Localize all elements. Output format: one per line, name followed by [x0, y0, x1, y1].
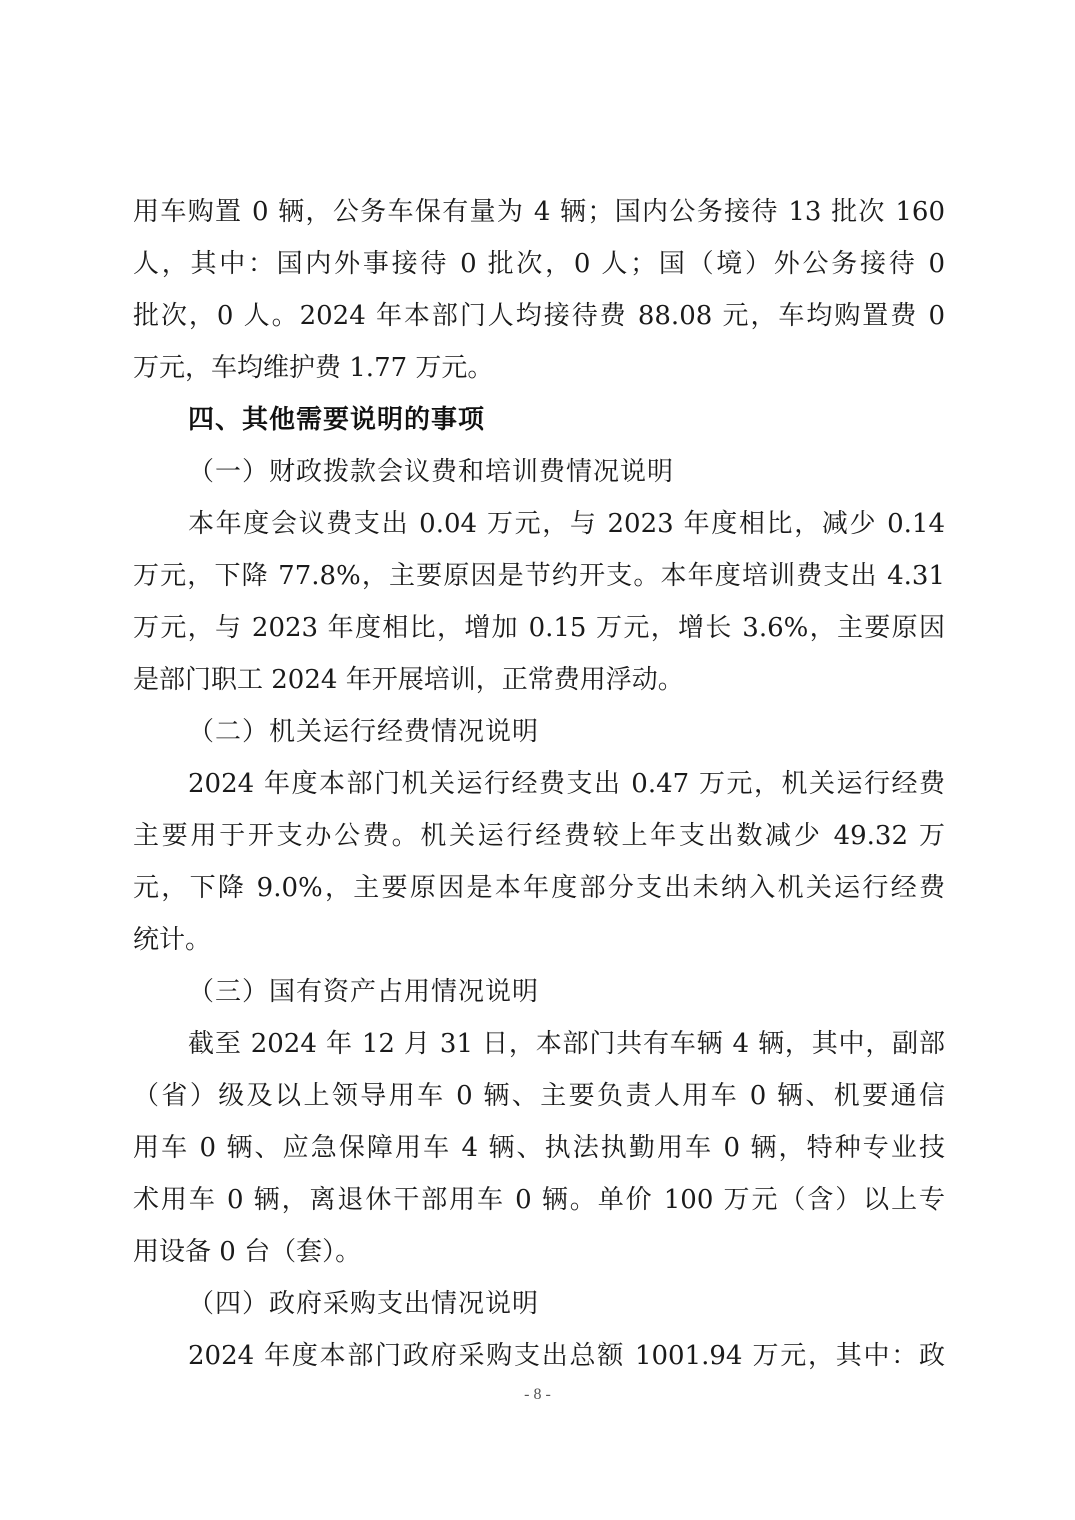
paragraph-line: （省）级及以上领导用车 0 辆、主要负责人用车 0 辆、机要通信 — [133, 1076, 945, 1116]
paragraph-line: 2024 年度本部门机关运行经费支出 0.47 万元，机关运行经费 — [188, 764, 945, 804]
paragraph-line: 万元，与 2023 年度相比，增加 0.15 万元，增长 3.6%，主要原因 — [133, 608, 945, 648]
paragraph-line: 用车 0 辆、应急保障用车 4 辆、执法执勤用车 0 辆，特种专业技 — [133, 1128, 945, 1168]
subsection-title: （四）政府采购支出情况说明 — [188, 1284, 539, 1324]
paragraph-line: 术用车 0 辆，离退休干部用车 0 辆。单价 100 万元（含）以上专 — [133, 1180, 945, 1220]
section-heading: 四、其他需要说明的事项 — [188, 400, 485, 440]
paragraph-line: 元，下降 9.0%，主要原因是本年度部分支出未纳入机关运行经费 — [133, 868, 945, 908]
paragraph-line: 人，其中：国内外事接待 0 批次，0 人；国（境）外公务接待 0 — [133, 244, 945, 284]
paragraph-line: 统计。 — [133, 920, 945, 960]
subsection-title: （一）财政拨款会议费和培训费情况说明 — [188, 452, 674, 492]
paragraph-line: 万元，车均维护费 1.77 万元。 — [133, 348, 945, 388]
subsection-title: （三）国有资产占用情况说明 — [188, 972, 539, 1012]
paragraph-line: 主要用于开支办公费。机关运行经费较上年支出数减少 49.32 万 — [133, 816, 945, 856]
paragraph-line: 2024 年度本部门政府采购支出总额 1001.94 万元，其中：政 — [188, 1336, 945, 1376]
subsection-title: （二）机关运行经费情况说明 — [188, 712, 539, 752]
paragraph-line: 批次，0 人。2024 年本部门人均接待费 88.08 元，车均购置费 0 — [133, 296, 945, 336]
document-page: 用车购置 0 辆，公务车保有量为 4 辆；国内公务接待 13 批次 160 人，… — [0, 0, 1075, 1520]
paragraph-line: 是部门职工 2024 年开展培训，正常费用浮动。 — [133, 660, 945, 700]
paragraph-line: 用设备 0 台（套）。 — [133, 1232, 945, 1272]
paragraph-line: 本年度会议费支出 0.04 万元，与 2023 年度相比，减少 0.14 — [188, 504, 945, 544]
paragraph-line: 万元，下降 77.8%，主要原因是节约开支。本年度培训费支出 4.31 — [133, 556, 945, 596]
paragraph-line: 用车购置 0 辆，公务车保有量为 4 辆；国内公务接待 13 批次 160 — [133, 192, 945, 232]
page-number: - 8 - — [0, 1386, 1075, 1404]
paragraph-line: 截至 2024 年 12 月 31 日，本部门共有车辆 4 辆，其中，副部 — [188, 1024, 945, 1064]
